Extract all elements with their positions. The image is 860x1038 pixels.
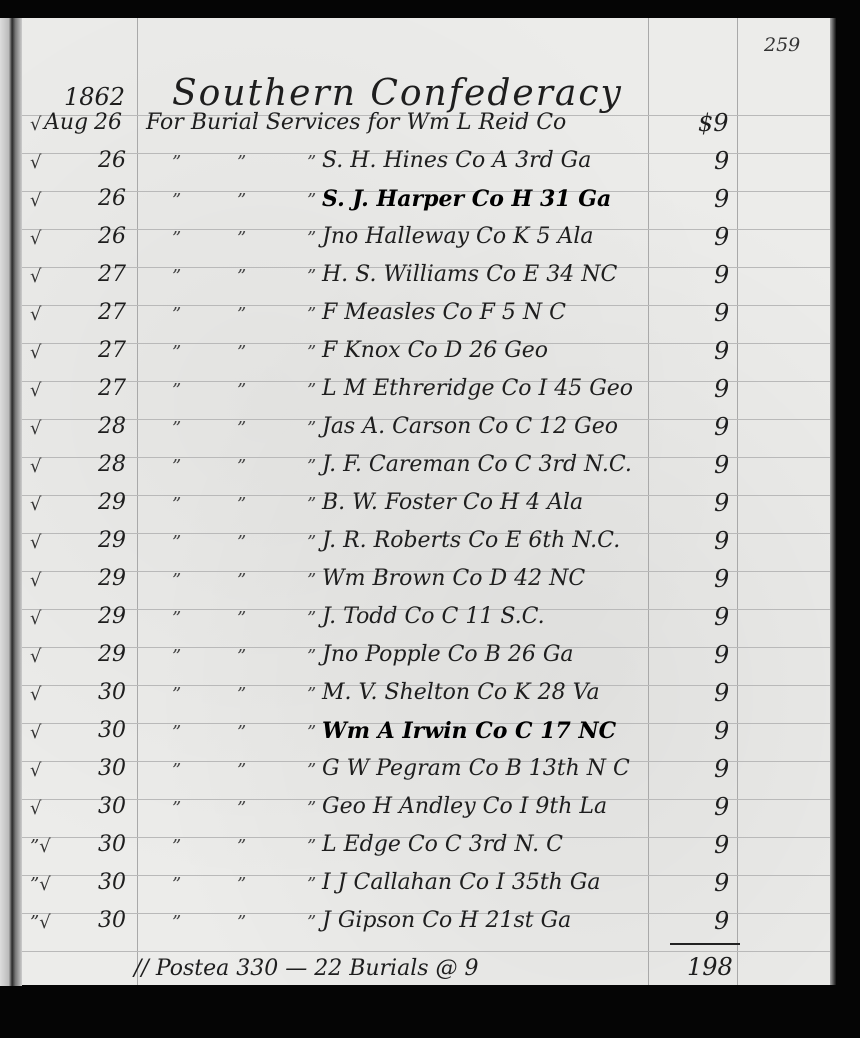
check-mark: √ — [30, 302, 41, 328]
ditto-mark: ” — [307, 226, 316, 252]
entry-day: 30 — [98, 832, 126, 858]
entry-amount: 9 — [714, 756, 729, 782]
entry-amount: 9 — [714, 642, 729, 668]
ditto-mark: ” — [307, 568, 316, 594]
ditto-mark: ” — [237, 150, 246, 176]
ditto-mark: ” — [237, 606, 246, 632]
entry-description: Jas A. Carson Co C 12 Geo — [322, 414, 618, 440]
amount-column-rule-right — [737, 18, 738, 985]
entry-description: B. W. Foster Co H 4 Ala — [322, 490, 583, 516]
entry-amount: 9 — [714, 908, 729, 934]
ditto-mark: ” — [307, 492, 316, 518]
entry-description: For Burial Services for Wm L Reid Co — [146, 110, 566, 136]
ditto-mark: ” — [237, 644, 246, 670]
check-mark: √ — [30, 758, 41, 784]
entry-description: Jno Popple Co B 26 Ga — [322, 642, 574, 668]
entry-description: I J Callahan Co I 35th Ga — [322, 870, 601, 896]
entry-amount: 9 — [714, 186, 729, 212]
entry-day: 27 — [98, 338, 126, 364]
entry-amount: 9 — [714, 490, 729, 516]
ditto-mark: ” — [172, 302, 181, 328]
ledger-year: 1862 — [64, 84, 125, 110]
entry-month: Aug — [44, 110, 88, 136]
entry-description: J. F. Careman Co C 3rd N.C. — [322, 452, 632, 478]
entry-description: S. H. Hines Co A 3rd Ga — [322, 148, 591, 174]
ditto-mark: ” — [307, 416, 316, 442]
entry-description: Jno Halleway Co K 5 Ala — [322, 224, 594, 250]
date-column-rule — [137, 18, 138, 985]
ditto-mark: ” — [172, 264, 181, 290]
ditto-mark: ” — [237, 454, 246, 480]
ditto-mark: ” — [307, 378, 316, 404]
check-mark: √ — [30, 416, 41, 442]
ditto-mark: ” — [172, 416, 181, 442]
entry-description: F Measles Co F 5 N C — [322, 300, 566, 326]
entry-day: 26 — [98, 148, 126, 174]
entry-description: S. J. Harper Co H 31 Ga — [322, 186, 611, 212]
entry-day: 30 — [98, 870, 126, 896]
ledger-page: 259 1862 Southern Confederacy √Aug26For … — [22, 18, 830, 985]
ditto-mark: ” — [237, 910, 246, 936]
ditto-mark: ” — [237, 226, 246, 252]
check-mark: √ — [30, 492, 41, 518]
entry-description: Wm A Irwin Co C 17 NC — [322, 718, 616, 744]
entry-description: J. Todd Co C 11 S.C. — [322, 604, 545, 630]
entry-day: 29 — [98, 528, 126, 554]
ditto-mark: ” — [172, 644, 181, 670]
entry-description: J Gipson Co H 21st Ga — [322, 908, 571, 934]
check-mark: ”√ — [30, 834, 51, 860]
ditto-mark: ” — [237, 416, 246, 442]
check-mark: √ — [30, 188, 41, 214]
entry-amount: 9 — [714, 604, 729, 630]
book-binding-left — [0, 18, 22, 986]
ditto-mark: ” — [237, 188, 246, 214]
check-mark: √ — [30, 264, 41, 290]
entry-day: 30 — [98, 794, 126, 820]
check-mark: √ — [30, 606, 41, 632]
check-mark: √ — [30, 112, 41, 138]
check-mark: √ — [30, 150, 41, 176]
entry-amount: $9 — [698, 110, 729, 136]
entry-day: 26 — [98, 224, 126, 250]
ditto-mark: ” — [172, 720, 181, 746]
ditto-mark: ” — [172, 150, 181, 176]
check-mark: √ — [30, 644, 41, 670]
entry-amount: 9 — [714, 414, 729, 440]
ditto-mark: ” — [237, 378, 246, 404]
check-mark: √ — [30, 454, 41, 480]
entry-description: F Knox Co D 26 Geo — [322, 338, 548, 364]
ditto-mark: ” — [172, 492, 181, 518]
ditto-mark: ” — [307, 644, 316, 670]
entry-amount: 9 — [714, 794, 729, 820]
entry-amount: 9 — [714, 528, 729, 554]
entry-description: H. S. Williams Co E 34 NC — [322, 262, 617, 288]
ditto-mark: ” — [237, 872, 246, 898]
ditto-mark: ” — [172, 454, 181, 480]
ditto-mark: ” — [172, 796, 181, 822]
entry-amount: 9 — [714, 870, 729, 896]
entry-day: 28 — [98, 452, 126, 478]
ditto-mark: ” — [307, 682, 316, 708]
ditto-mark: ” — [237, 720, 246, 746]
entry-day: 27 — [98, 376, 126, 402]
entry-description: L M Ethreridge Co I 45 Geo — [322, 376, 633, 402]
ditto-mark: ” — [172, 682, 181, 708]
ditto-mark: ” — [237, 340, 246, 366]
check-mark: ”√ — [30, 910, 51, 936]
check-mark: √ — [30, 378, 41, 404]
entry-day: 29 — [98, 604, 126, 630]
check-mark: √ — [30, 682, 41, 708]
entry-amount: 9 — [714, 148, 729, 174]
page-number: 259 — [764, 32, 800, 58]
entry-day: 30 — [98, 718, 126, 744]
entry-day: 27 — [98, 262, 126, 288]
ditto-mark: ” — [237, 530, 246, 556]
entry-description: J. R. Roberts Co E 6th N.C. — [322, 528, 620, 554]
entry-amount: 9 — [714, 718, 729, 744]
entry-amount: 9 — [714, 224, 729, 250]
ditto-mark: ” — [307, 758, 316, 784]
entry-description: M. V. Shelton Co K 28 Va — [322, 680, 600, 706]
entry-amount: 9 — [714, 452, 729, 478]
entry-day: 26 — [98, 186, 126, 212]
check-mark: ”√ — [30, 872, 51, 898]
entry-day: 29 — [98, 642, 126, 668]
footer-note: // Postea 330 — 22 Burials @ 9 — [134, 956, 479, 982]
ditto-mark: ” — [172, 530, 181, 556]
ditto-mark: ” — [307, 910, 316, 936]
check-mark: √ — [30, 340, 41, 366]
ditto-mark: ” — [172, 568, 181, 594]
entry-day: 30 — [98, 756, 126, 782]
entry-day: 29 — [98, 566, 126, 592]
ditto-mark: ” — [307, 872, 316, 898]
entry-amount: 9 — [714, 338, 729, 364]
entry-description: Wm Brown Co D 42 NC — [322, 566, 585, 592]
ditto-mark: ” — [237, 796, 246, 822]
ditto-mark: ” — [307, 264, 316, 290]
entry-amount: 9 — [714, 300, 729, 326]
entry-amount: 9 — [714, 680, 729, 706]
total-amount: 198 — [687, 954, 733, 980]
entry-day: 27 — [98, 300, 126, 326]
ditto-mark: ” — [172, 226, 181, 252]
ditto-mark: ” — [172, 872, 181, 898]
entry-description: Geo H Andley Co I 9th La — [322, 794, 607, 820]
ditto-mark: ” — [307, 530, 316, 556]
ditto-mark: ” — [237, 568, 246, 594]
check-mark: √ — [30, 226, 41, 252]
total-underline — [670, 943, 740, 945]
ditto-mark: ” — [307, 340, 316, 366]
ditto-mark: ” — [172, 758, 181, 784]
ditto-mark: ” — [172, 834, 181, 860]
check-mark: √ — [30, 530, 41, 556]
ditto-mark: ” — [172, 188, 181, 214]
ditto-mark: ” — [237, 492, 246, 518]
ditto-mark: ” — [237, 834, 246, 860]
ditto-mark: ” — [307, 188, 316, 214]
ditto-mark: ” — [237, 758, 246, 784]
entry-day: 30 — [98, 680, 126, 706]
ditto-mark: ” — [307, 834, 316, 860]
ditto-mark: ” — [172, 910, 181, 936]
ditto-mark: ” — [307, 454, 316, 480]
ditto-mark: ” — [237, 264, 246, 290]
entry-day: 30 — [98, 908, 126, 934]
ditto-mark: ” — [172, 378, 181, 404]
ditto-mark: ” — [307, 302, 316, 328]
ruled-line — [22, 951, 830, 952]
ditto-mark: ” — [307, 606, 316, 632]
ditto-mark: ” — [172, 340, 181, 366]
entry-description: L Edge Co C 3rd N. C — [322, 832, 563, 858]
ditto-mark: ” — [172, 606, 181, 632]
entry-day: 28 — [98, 414, 126, 440]
ditto-mark: ” — [307, 150, 316, 176]
check-mark: √ — [30, 568, 41, 594]
ditto-mark: ” — [237, 302, 246, 328]
ditto-mark: ” — [307, 796, 316, 822]
ditto-mark: ” — [307, 720, 316, 746]
account-title: Southern Confederacy — [172, 74, 623, 114]
entry-amount: 9 — [714, 832, 729, 858]
check-mark: √ — [30, 796, 41, 822]
amount-column-rule-left — [648, 18, 649, 985]
ditto-mark: ” — [237, 682, 246, 708]
entry-description: G W Pegram Co B 13th N C — [322, 756, 630, 782]
check-mark: √ — [30, 720, 41, 746]
entry-amount: 9 — [714, 376, 729, 402]
entry-amount: 9 — [714, 262, 729, 288]
entry-day: 29 — [98, 490, 126, 516]
entry-amount: 9 — [714, 566, 729, 592]
entry-day: 26 — [94, 110, 122, 136]
